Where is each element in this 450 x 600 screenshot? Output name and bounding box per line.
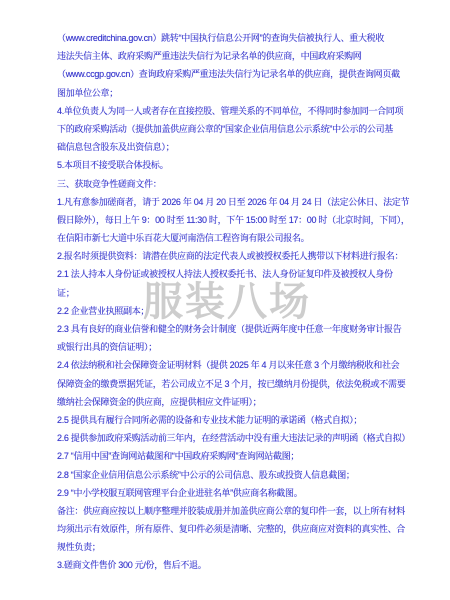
- document-line: 假日除外），每日上午 9：00 时至 11:30 时，下午 15:00 时至 1…: [57, 211, 397, 229]
- document-line: 或银行出具的资信证明）；: [57, 338, 397, 356]
- document-line: 违法失信主体、政府采购严重违法失信行为记录名单的供应商，中国政府采购网: [57, 47, 397, 65]
- document-line: 2.6 提供参加政府采购活动前三年内，在经营活动中没有重大违法记录的声明函（格式…: [57, 429, 397, 447]
- document-body: （www.creditchina.gov.cn）跳转“中国执行信息公开网”的查询…: [57, 29, 397, 575]
- document-line: 均须出示有效原件，所有原件、复印件必须是清晰、完整的，供应商应对资料的真实性、合: [57, 520, 397, 538]
- document-line: 保障资金的缴费票据凭证，若公司成立不足 3 个月，按已缴纳月份提供，依法免税或不…: [57, 375, 397, 393]
- document-line: 图加单位公章；: [57, 84, 397, 102]
- document-line: 2.9 “中小学校服互联网管理平台企业进驻名单”供应商名称截图。: [57, 484, 397, 502]
- document-line: 2.报名时须提供资料：请潜在供应商的法定代表人或被授权委托人携带以下材料进行报名…: [57, 247, 397, 265]
- document-line: 2.2 企业营业执照副本；: [57, 302, 397, 320]
- document-line: 在信阳市新七大道中乐百花大厦河南浩信工程咨询有限公司报名。: [57, 229, 397, 247]
- document-line: 2.1 法人持本人身份证或被授权人持法人授权委托书、法人身份证复印件及被授权人身…: [57, 265, 397, 283]
- document-line: （www.creditchina.gov.cn）跳转“中国执行信息公开网”的查询…: [57, 29, 397, 47]
- document-line: 4.单位负责人为同一人或者存在直接控股、管理关系的不同单位，不得同时参加同一合同…: [57, 102, 397, 120]
- document-line: 1.凡有意参加磋商者，请于 2026 年 04 月 20 日至 2026 年 0…: [57, 193, 397, 211]
- document-line: 2.8 “国家企业信用信息公示系统”中公示的公司信息、股东或投资人信息截图；: [57, 466, 397, 484]
- document-line: 2.3 具有良好的商业信誉和健全的财务会计制度（提供近两年度中任意一年度财务审计…: [57, 320, 397, 338]
- document-line: 规性负责；: [57, 538, 397, 556]
- document-page: 服装八场 （www.creditchina.gov.cn）跳转“中国执行信息公开…: [0, 0, 450, 600]
- document-line: 2.7 “信用中国”查询网站截图和“中国政府采购网”查询网站截图；: [57, 447, 397, 465]
- document-line: 证；: [57, 284, 397, 302]
- document-line: 下的政府采购活动（提供加盖供应商公章的“国家企业信用信息公示系统”中公示的公司基: [57, 120, 397, 138]
- document-line: 2.4 依法纳税和社会保障资金证明材料（提供 2025 年 4 月以来任意 3 …: [57, 356, 397, 374]
- document-line: 5.本项目不接受联合体投标。: [57, 156, 397, 174]
- document-line: 备注：供应商应按以上顺序整理并胶装成册并加盖供应商公章的复印件一套，以上所有材料: [57, 502, 397, 520]
- document-line: 2.5 提供具有履行合同所必需的设备和专业技术能力证明的承诺函（格式自拟）；: [57, 411, 397, 429]
- document-section-heading: 三、获取竞争性磋商文件：: [57, 175, 397, 193]
- document-line: 础信息包含股东及出资信息）；: [57, 138, 397, 156]
- document-line: 缴纳社会保障资金的供应商，应提供相应文件证明）；: [57, 393, 397, 411]
- document-line: （www.ccgp.gov.cn）查询政府采购严重违法失信行为记录名单的供应商，…: [57, 65, 397, 83]
- document-line: 3.磋商文件售价 300 元/份，售后不退。: [57, 556, 397, 574]
